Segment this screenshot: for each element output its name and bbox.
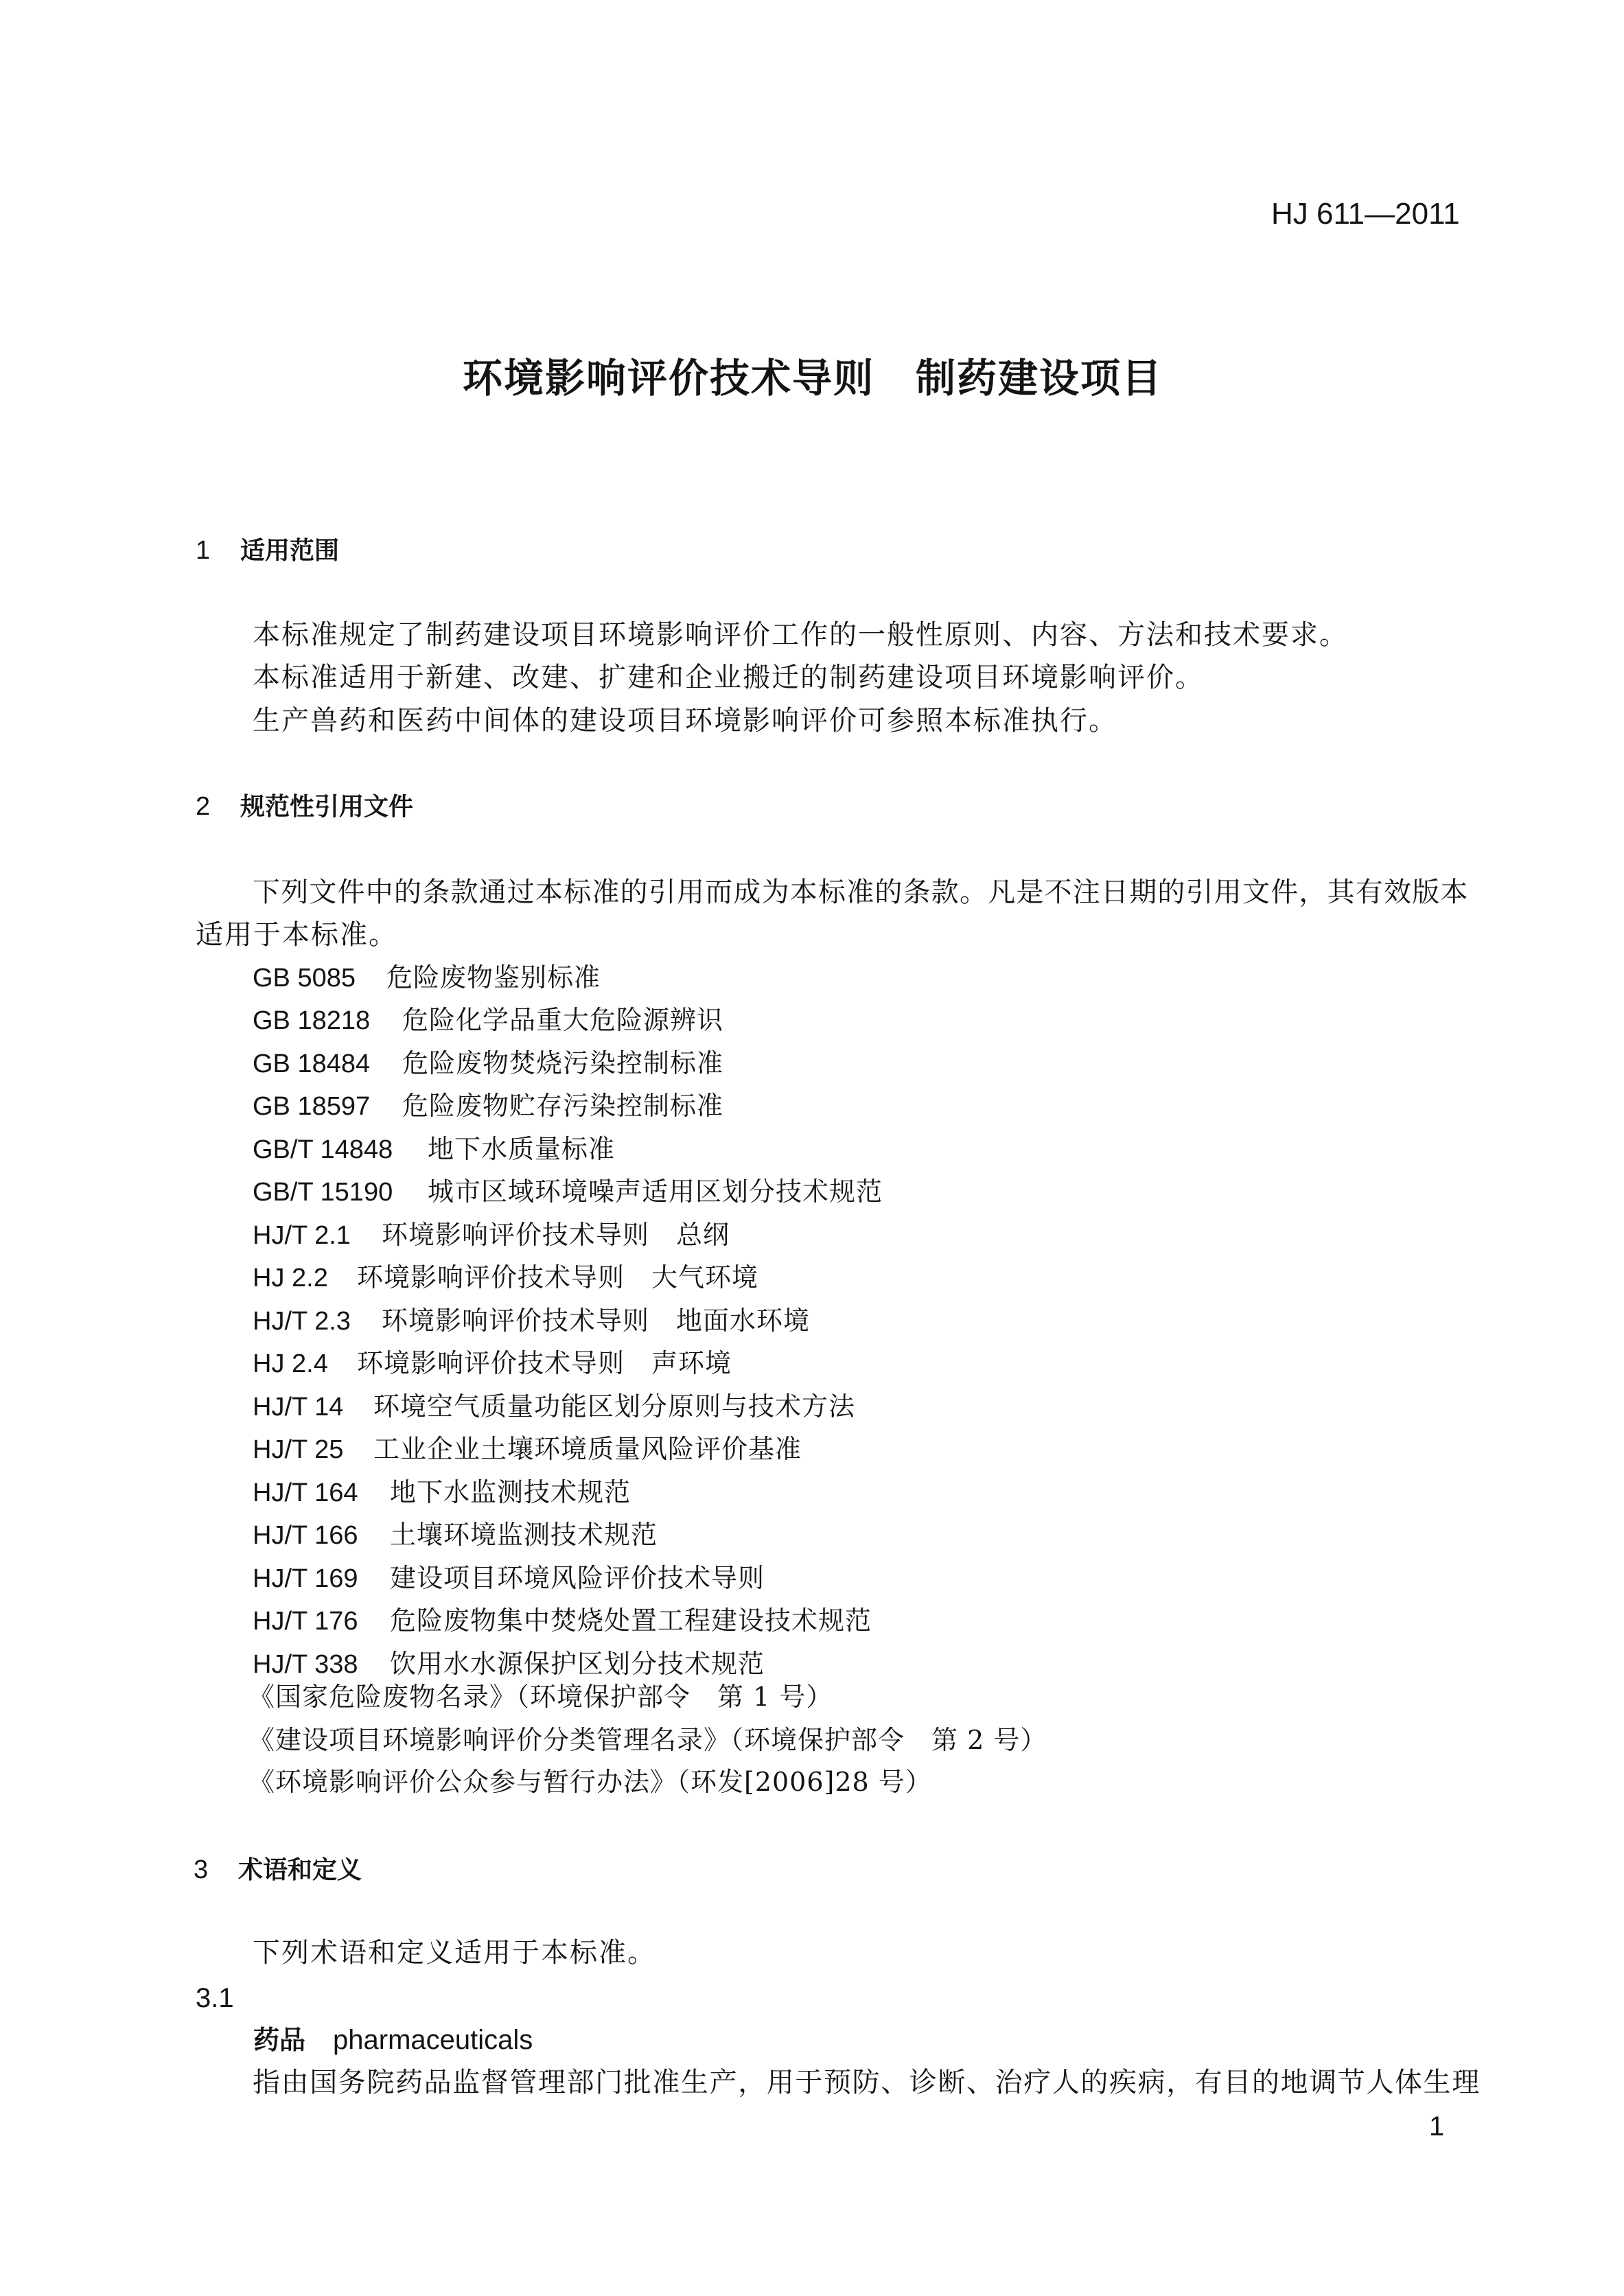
reference-item: HJ 2.2环境影响评价技术导则 大气环境 bbox=[253, 1264, 758, 1291]
paragraph: 本标准规定了制药建设项目环境影响评价工作的一般性原则、内容、方法和技术要求。 bbox=[253, 621, 1348, 649]
section-title: 规范性引用文件 bbox=[240, 793, 413, 821]
regulation-item: 《建设项目环境影响评价分类管理名录》（环境保护部令 第 2 号） bbox=[248, 1727, 1047, 1753]
reference-item: HJ/T 166土壤环境监测技术规范 bbox=[253, 1522, 658, 1549]
reference-item: HJ/T 169建设项目环境风险评价技术导则 bbox=[253, 1565, 765, 1592]
paragraph: 下列文件中的条款通过本标准的引用而成为本标准的条款。凡是不注日期的引用文件，其有… bbox=[253, 879, 1469, 906]
section-number: 2 bbox=[196, 793, 240, 820]
reference-item: HJ/T 2.1环境影响评价技术导则 总纲 bbox=[253, 1222, 730, 1249]
page-number: 1 bbox=[1429, 2113, 1444, 2140]
term-definition: 指由国务院药品监督管理部门批准生产，用于预防、诊断、治疗人的疾病，有目的地调节人… bbox=[253, 2069, 1481, 2096]
paragraph: 下列术语和定义适用于本标准。 bbox=[253, 1939, 656, 1967]
reference-item: GB/T 14848地下水质量标准 bbox=[253, 1136, 615, 1163]
term-heading: 药品pharmaceuticals bbox=[253, 2026, 533, 2054]
reference-item: HJ/T 25工业企业土壤环境质量风险评价基准 bbox=[253, 1436, 802, 1463]
section-3-heading: 3术语和定义 bbox=[194, 1857, 362, 1883]
document-page: HJ 611—2011 环境影响评价技术导则 制药建设项目 1适用范围 本标准规… bbox=[0, 0, 1624, 2296]
reference-item: HJ/T 164地下水监测技术规范 bbox=[253, 1479, 631, 1506]
reference-item: HJ/T 14环境空气质量功能区划分原则与技术方法 bbox=[253, 1393, 855, 1420]
section-number: 1 bbox=[196, 537, 240, 564]
term-chinese: 药品 bbox=[253, 2025, 305, 2055]
reference-item: HJ/T 176危险废物集中焚烧处置工程建设技术规范 bbox=[253, 1608, 872, 1634]
section-1-heading: 1适用范围 bbox=[196, 537, 339, 564]
reference-item: GB 5085危险废物鉴别标准 bbox=[253, 964, 601, 991]
standard-code: HJ 611—2011 bbox=[1271, 199, 1460, 229]
term-english: pharmaceuticals bbox=[333, 2025, 533, 2055]
reference-item: GB 18597危险废物贮存污染控制标准 bbox=[253, 1093, 723, 1120]
document-title: 环境影响评价技术导则 制药建设项目 bbox=[463, 358, 1163, 398]
section-2-heading: 2规范性引用文件 bbox=[196, 793, 413, 820]
section-number: 3 bbox=[194, 1857, 238, 1883]
reference-item: HJ 2.4环境影响评价技术导则 声环境 bbox=[253, 1350, 732, 1377]
section-title: 术语和定义 bbox=[238, 1856, 362, 1884]
paragraph: 生产兽药和医药中间体的建设项目环境影响评价可参照本标准执行。 bbox=[253, 707, 1117, 734]
term-number: 3.1 bbox=[196, 1984, 234, 2012]
paragraph: 本标准适用于新建、改建、扩建和企业搬迁的制药建设项目环境影响评价。 bbox=[253, 664, 1204, 691]
regulation-item: 《环境影响评价公众参与暂行办法》（环发[2006]28 号） bbox=[248, 1769, 932, 1795]
reference-item: GB 18484危险废物焚烧污染控制标准 bbox=[253, 1050, 723, 1077]
reference-item: GB 18218危险化学品重大危险源辨识 bbox=[253, 1007, 723, 1034]
paragraph: 适用于本标准。 bbox=[196, 921, 397, 949]
section-title: 适用范围 bbox=[240, 537, 339, 565]
reference-item: GB/T 15190城市区域环境噪声适用区划分技术规范 bbox=[253, 1179, 883, 1205]
reference-item: HJ/T 2.3环境影响评价技术导则 地面水环境 bbox=[253, 1308, 810, 1334]
reference-item: HJ/T 338饮用水水源保护区划分技术规范 bbox=[253, 1651, 765, 1678]
regulation-item: 《国家危险废物名录》（环境保护部令 第 1 号） bbox=[248, 1684, 833, 1710]
